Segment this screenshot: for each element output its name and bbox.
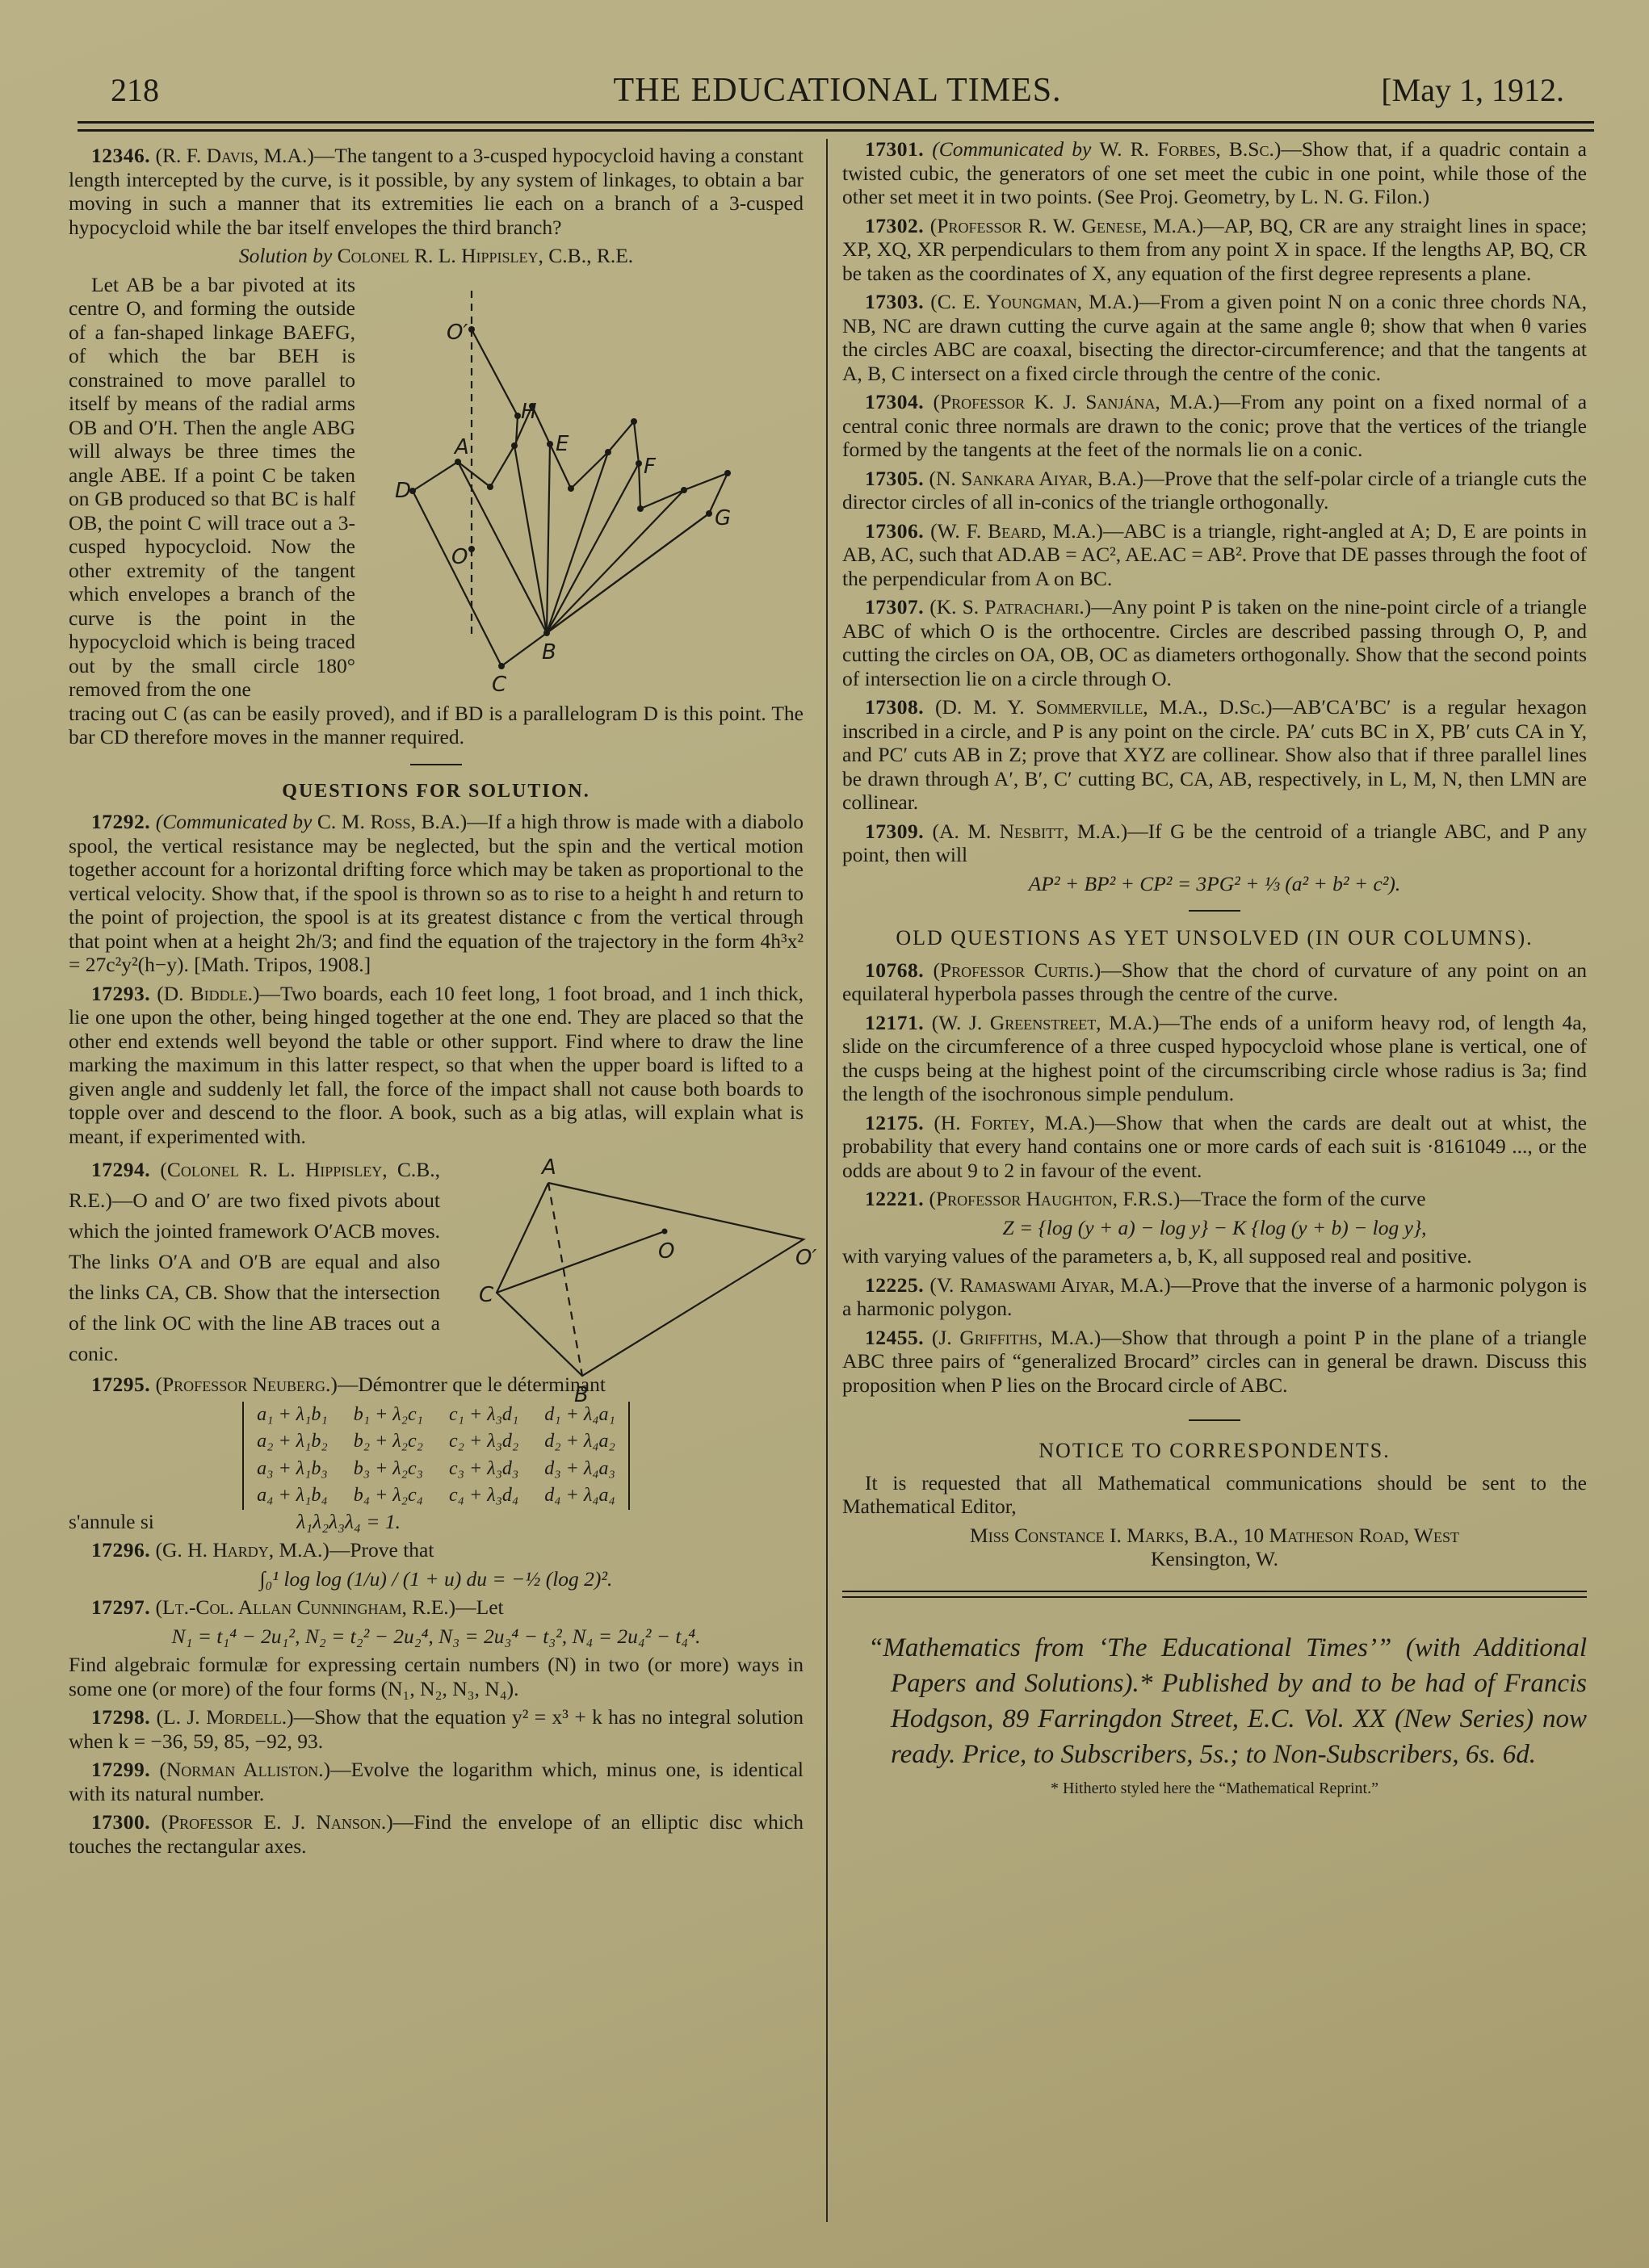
question-number: 17292. [91,810,150,833]
determinant-cell: b₁ + λ₂c₁ [341,1402,436,1429]
section-heading-notice: NOTICE TO CORRESPONDENTS. [842,1439,1587,1463]
notice-text: It is requested that all Mathematical co… [842,1471,1587,1519]
question-author: (G. H. Hardy, M.A.) [156,1538,329,1562]
question-author: (Professor Curtis.) [933,958,1101,982]
header-rule [78,129,1594,132]
question-author: (V. Ramaswami Aiyar, M.A.) [929,1273,1170,1297]
integral-formula: ∫₀¹ log log (1/u) / (1 + u) du = −½ (log… [69,1567,804,1591]
svg-text:F: F [644,455,657,479]
determinant-cell: d₃ + λ₄a₃ [531,1456,629,1483]
question-number: 17300. [91,1810,150,1834]
question-author: (L. J. Mordell.) [157,1705,294,1729]
question-number: 17297. [91,1595,150,1619]
condition-formula: λ₁λ₂λ₃λ₄ = 1. [296,1510,401,1533]
editor-address: Kensington, W. [842,1547,1587,1571]
determinant-cell: d₄ + λ₄a₄ [531,1482,629,1510]
question-number: 17309. [865,820,924,843]
question-17306: 17306. (W. F. Beard, M.A.)—ABC is a tria… [842,519,1587,591]
question-number: 17299. [91,1758,150,1781]
question-number: 17308. [865,695,924,719]
page-header: 218 THE EDUCATIONAL TIMES. [May 1, 1912. [111,71,1564,119]
newspaper-page: 218 THE EDUCATIONAL TIMES. [May 1, 1912.… [0,0,1649,2268]
question-number: 17295. [91,1373,150,1396]
determinant-cell: a₄ + λ₁b₄ [243,1482,341,1510]
solution-paragraph: Let AB be a bar pivoted at its centre O,… [69,273,355,702]
solver-name: Colonel R. L. Hippisley, C.B., R.E. [338,244,633,267]
question-author: (A. M. Nesbitt, M.A.) [933,820,1128,843]
svg-text:C: C [479,1283,494,1307]
question-17309: 17309. (A. M. Nesbitt, M.A.)—If G be the… [842,820,1587,867]
question-author: (Professor K. J. Sanjána, M.A.) [933,390,1219,413]
determinant-cell: a₂ + λ₁b₂ [243,1428,341,1456]
section-divider [410,764,462,765]
address-line: Miss Constance I. Marks, B.A., 10 Mathes… [970,1524,1459,1547]
determinant-cell: a₁ + λ₁b₁ [243,1402,341,1429]
section-divider [1189,910,1240,912]
determinant-cell: c₄ + λ₃d₄ [436,1482,531,1510]
question-17307: 17307. (K. S. Patrachari.)—Any point P i… [842,595,1587,690]
determinant-cell: b₄ + λ₂c₄ [341,1482,436,1510]
question-text: —Trace the form of the curve [1180,1187,1425,1210]
question-text: —Two boards, each 10 feet long, 1 foot b… [69,982,804,1148]
determinant: a₁ + λ₁b₁ b₁ + λ₂c₁ c₁ + λ₃d₁ d₁ + λ₄a₁ … [242,1402,630,1510]
editor-address: Miss Constance I. Marks, B.A., 10 Mathes… [842,1524,1587,1548]
curve-formula: Z = {log (y + a) − log y} − K {log (y + … [842,1216,1587,1240]
question-author: (R. F. Davis, M.A.) [156,144,314,167]
question-12455: 12455. (J. Griffiths, M.A.)—Show that th… [842,1326,1587,1398]
framework-figure: AOO′ CB [464,1145,836,1411]
question-number: 17306. [865,519,924,543]
question-17297-continued: Find algebraic formulæ for expressing ce… [69,1653,804,1700]
question-17297: 17297. (Lt.-Col. Allan Cunningham, R.E.)… [69,1595,804,1620]
advert-divider [842,1591,1587,1598]
question-12221-continued: with varying values of the parameters a,… [842,1244,1587,1268]
question-17292: 17292. (Communicated by C. M. Ross, B.A.… [69,810,804,977]
determinant-cell: b₂ + λ₂c₂ [341,1428,436,1456]
question-author: (Professor E. J. Nanson.) [161,1810,392,1834]
question-author: (J. Griffiths, M.A.) [932,1326,1101,1349]
svg-text:O: O [658,1239,674,1264]
determinant-row: a₂ + λ₁b₂ b₂ + λ₂c₂ c₂ + λ₃d₂ d₂ + λ₄a₂ [243,1428,629,1456]
question-number: 17307. [865,595,924,618]
question-12175: 12175. (H. Fortey, M.A.)—Show that when … [842,1111,1587,1183]
header-rule [78,121,1594,124]
question-number: 12455. [865,1326,924,1349]
svg-text:B: B [542,640,556,664]
question-author: (Norman Alliston.) [159,1758,330,1781]
question-author: C. M. Ross, B.A.) [317,810,467,833]
question-12346: 12346. (R. F. Davis, M.A.)—The tangent t… [69,144,804,239]
svg-text:B: B [574,1383,589,1407]
svg-text:O′: O′ [447,321,468,345]
question-number: 12225. [865,1273,924,1297]
section-heading-old-questions: OLD QUESTIONS AS YET UNSOLVED (IN OUR CO… [842,926,1587,950]
question-10768: 10768. (Professor Curtis.)—Show that the… [842,958,1587,1006]
question-17294: 17294. (Colonel R. L. Hippisley, C.B., R… [69,1155,440,1369]
determinant-cell: d₂ + λ₄a₂ [531,1428,629,1456]
question-number: 17304. [865,390,924,413]
question-text: —Prove that [329,1538,434,1562]
determinant-cell: c₃ + λ₃d₃ [436,1456,531,1483]
question-author: (Lt.-Col. Allan Cunningham, R.E.) [156,1595,456,1619]
question-number: 17303. [865,290,924,313]
question-number: 17298. [91,1705,150,1729]
reprint-advertisement: “Mathematics from ‘The Educational Times… [842,1630,1587,1772]
question-author: (D. M. Y. Sommerville, M.A., D.Sc.) [935,695,1272,719]
question-number: 17305. [865,467,924,490]
question-17294-with-figure: 17294. (Colonel R. L. Hippisley, C.B., R… [69,1155,804,1369]
question-author: (Professor R. W. Genese, M.A.) [930,214,1203,237]
linkage-figure: O′HE ADF GOB C [392,283,763,735]
question-text: —If a high throw is made with a diabolo … [69,810,804,976]
question-17304: 17304. (Professor K. J. Sanjána, M.A.)—F… [842,390,1587,462]
question-17299: 17299. (Norman Alliston.)—Evolve the log… [69,1758,804,1805]
determinant-row: a₄ + λ₁b₄ b₄ + λ₂c₄ c₄ + λ₃d₄ d₄ + λ₄a₄ [243,1482,629,1510]
solution-body: Let AB be a bar pivoted at its centre O,… [69,273,355,702]
question-number: 17294. [91,1158,150,1181]
svg-text:O: O [451,545,468,569]
condition-label: s'annule si [69,1510,154,1533]
question-text: —O and O′ are two fixed pivots about whi… [69,1188,440,1365]
address-line: Kensington, W. [1151,1547,1278,1570]
determinant-cell: b₃ + λ₂c₃ [341,1456,436,1483]
section-divider [1189,1419,1240,1421]
svg-text:H: H [521,400,537,424]
question-author: (H. Fortey, M.A.) [934,1111,1095,1134]
svg-text:A: A [453,435,469,459]
question-number: 17296. [91,1538,150,1562]
question-17293: 17293. (D. Biddle.)—Two boards, each 10 … [69,982,804,1149]
question-17301: 17301. (Communicated by W. R. Forbes, B.… [842,137,1587,209]
svg-text:D: D [395,479,411,503]
question-number: 12346. [91,144,150,167]
question-17303: 17303. (C. E. Youngman, M.A.)—From a giv… [842,290,1587,385]
question-17300: 17300. (Professor E. J. Nanson.)—Find th… [69,1810,804,1858]
svg-text:G: G [715,506,731,530]
question-17296: 17296. (G. H. Hardy, M.A.)—Prove that [69,1538,804,1562]
question-17302: 17302. (Professor R. W. Genese, M.A.)—AP… [842,214,1587,286]
question-text: —Let [455,1595,503,1619]
determinant-cell: a₃ + λ₁b₃ [243,1456,341,1483]
question-12225: 12225. (V. Ramaswami Aiyar, M.A.)—Prove … [842,1273,1587,1321]
question-12221: 12221. (Professor Haughton, F.R.S.)—Trac… [842,1187,1587,1211]
question-17298: 17298. (L. J. Mordell.)—Show that the eq… [69,1705,804,1753]
svg-text:E: E [556,432,569,456]
question-author: (W. F. Beard, M.A.) [930,519,1103,543]
solution-with-figure: Let AB be a bar pivoted at its centre O,… [69,273,804,702]
question-number: 17302. [865,214,924,237]
right-column: 17301. (Communicated by W. R. Forbes, B.… [842,137,1587,1805]
question-author-prefix: (Communicated by [932,137,1091,161]
question-number: 17293. [91,982,150,1005]
question-author-prefix: (Communicated by [156,810,313,833]
advert-footnote: * Hitherto styled here the “Mathematical… [842,1777,1587,1801]
svg-text:O′: O′ [795,1246,816,1270]
question-number: 12221. [865,1187,924,1210]
determinant-row: a₃ + λ₁b₃ b₃ + λ₂c₃ c₃ + λ₃d₃ d₃ + λ₄a₃ [243,1456,629,1483]
question-author: (W. J. Greenstreet, M.A.) [932,1011,1160,1034]
section-heading-questions: QUESTIONS FOR SOLUTION. [69,780,804,804]
centroid-formula: AP² + BP² + CP² = 3PG² + ⅓ (a² + b² + c²… [842,872,1587,896]
masthead-title: THE EDUCATIONAL TIMES. [111,71,1564,110]
solution-by-label: Solution by [239,244,332,267]
question-author: (Professor Neuberg.) [156,1373,338,1396]
question-17308: 17308. (D. M. Y. Sommerville, M.A., D.Sc… [842,695,1587,815]
question-17294-paragraph: 17294. (Colonel R. L. Hippisley, C.B., R… [69,1155,440,1369]
determinant-cell: c₂ + λ₃d₂ [436,1428,531,1456]
determinant-condition: s'annule si λ₁λ₂λ₃λ₄ = 1. [69,1510,804,1534]
question-author: W. R. Forbes, B.Sc.) [1099,137,1281,161]
question-12171: 12171. (W. J. Greenstreet, M.A.)—The end… [842,1011,1587,1106]
question-author: (C. E. Youngman, M.A.) [930,290,1139,313]
question-author: (N. Sankara Aiyar, B.A.) [929,467,1144,490]
question-number: 12175. [865,1111,924,1134]
question-number: 17301. [865,137,924,161]
question-author: (D. Biddle.) [157,982,259,1005]
solution-byline: Solution by Colonel R. L. Hippisley, C.B… [69,244,804,268]
issue-date: [May 1, 1912. [1381,71,1564,109]
question-number: 10768. [865,958,924,982]
question-author: (K. S. Patrachari.) [929,595,1091,618]
svg-text:C: C [492,673,507,697]
left-column: 12346. (R. F. Davis, M.A.)—The tangent t… [69,144,804,1863]
question-17305: 17305. (N. Sankara Aiyar, B.A.)—Prove th… [842,467,1587,514]
forms-formula: N₁ = t₁⁴ − 2u₁², N₂ = t₂² − 2u₂⁴, N₃ = 2… [69,1624,804,1649]
question-author: (Professor Haughton, F.R.S.) [929,1187,1181,1210]
svg-text:A: A [540,1155,556,1180]
question-number: 12171. [865,1011,924,1034]
